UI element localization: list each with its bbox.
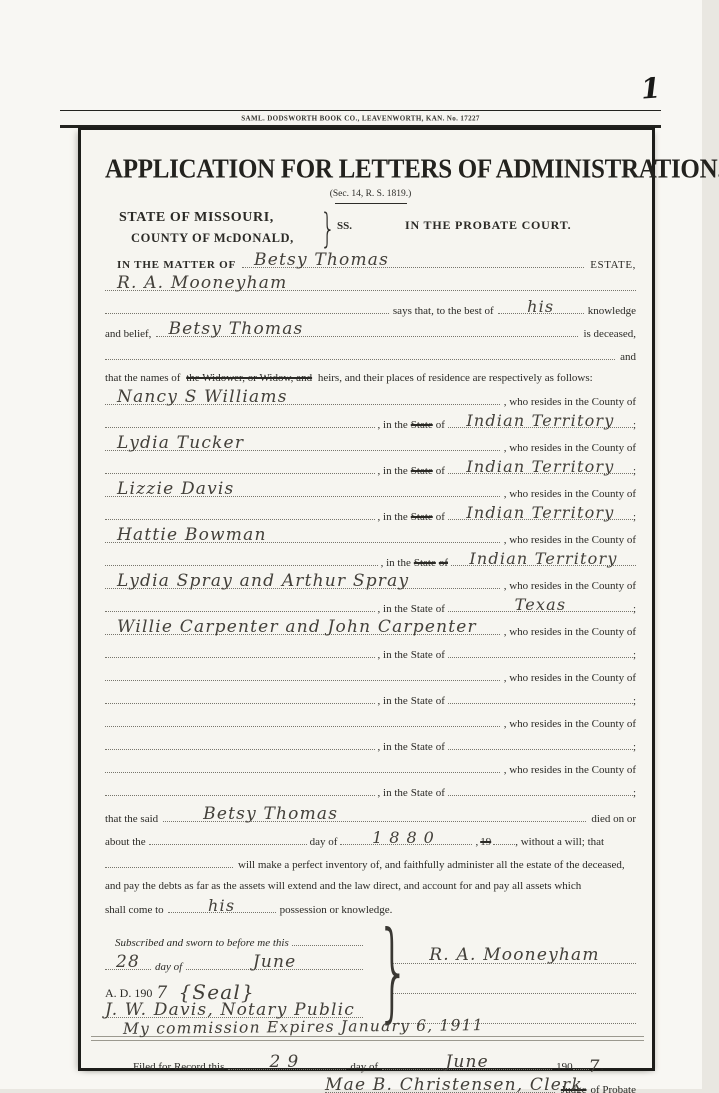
without-will-label: , without a will; that (515, 836, 604, 848)
heir-state-fill: Indian Territory (448, 412, 633, 428)
heir-name-handwriting: Willie Carpenter and John Carpenter (105, 617, 500, 637)
in-the-label: , in the (381, 557, 411, 569)
death-year-handwriting: 1880 (340, 828, 472, 847)
state-word: State (411, 419, 433, 431)
semicolon: ; (633, 787, 636, 799)
pronoun-handwriting: his (498, 297, 584, 316)
semicolon: ; (633, 649, 636, 661)
deceased-label: is deceased, (583, 328, 636, 340)
heir-row-state: , in the State of ; (105, 642, 636, 665)
of-word: of (439, 557, 448, 569)
applicant-signature-handwriting: R. A. Mooneyham (393, 945, 636, 965)
sworn-day-fill: 28 (105, 954, 151, 970)
semicolon: ; (633, 419, 636, 431)
in-the-label: , in the (378, 695, 408, 707)
heir-state-fill: Indian Territory (448, 458, 633, 474)
applicant-line: R. A. Mooneyham (105, 275, 636, 298)
heir-state-fill: Indian Territory (448, 504, 633, 520)
heir-name-handwriting: Lydia Spray and Arthur Spray (105, 571, 500, 591)
heir-row-name: Lizzie Davis , who resides in the County… (105, 481, 636, 504)
dotted-blank (105, 596, 375, 612)
heir-state-handwriting: Texas (448, 595, 633, 614)
printer-imprint-text: SAML. DODSWORTH BOOK CO., LEAVENWORTH, K… (241, 114, 479, 122)
heir-state-handwriting: Indian Territory (451, 549, 636, 568)
of-word: of (436, 511, 445, 523)
heir-row-name: Lydia Spray and Arthur Spray , who resid… (105, 573, 636, 596)
decedent-name-fill: Betsy Thomas (163, 806, 586, 822)
names-intro-line: that the names of the Widower, or Widow,… (105, 367, 636, 389)
of-probate-label: of Probate (590, 1084, 636, 1093)
sworn-date-line: 28 day of June (105, 954, 363, 978)
state-word: State (411, 649, 433, 661)
heir-row-name: , who resides in the County of (105, 711, 636, 734)
said-label: that the said (105, 813, 158, 825)
of-word: of (436, 603, 445, 615)
form-frame: APPLICATION FOR LETTERS OF ADMINISTRATIO… (78, 127, 655, 1071)
heir-name-fill (105, 711, 500, 727)
comma: , (475, 836, 478, 848)
dotted-blank (105, 550, 378, 566)
dotted-blank (105, 504, 375, 520)
estate-label: ESTATE, (590, 259, 636, 271)
resides-label: , who resides in the County of (504, 626, 636, 638)
deceased-name-handwriting: Betsy Thomas (156, 319, 578, 339)
ss-label: SS. (337, 220, 352, 232)
in-the-label: , in the (378, 649, 408, 661)
heir-name-fill: Hattie Bowman (105, 527, 500, 543)
notary-block: Subscribed and sworn to before me this 2… (105, 930, 636, 1026)
in-the-label: , in the (378, 603, 408, 615)
heir-row-state: , in the State of Indian Territory ; (105, 504, 636, 527)
semicolon: ; (633, 741, 636, 753)
in-the-label: , in the (378, 787, 408, 799)
names-intro-suffix: heirs, and their places of residence are… (318, 372, 593, 384)
heir-state-handwriting: Indian Territory (448, 411, 633, 430)
semicolon: ; (633, 695, 636, 707)
state-word: State (414, 557, 436, 569)
applicant-handwriting: R. A. Mooneyham (105, 273, 636, 293)
estate-name-fill: Betsy Thomas (242, 252, 584, 268)
heir-name-fill: Nancy S Williams (105, 389, 500, 405)
state-word: State (411, 511, 433, 523)
probate-court-label: IN THE PROBATE COURT. (405, 218, 571, 233)
heir-row-name: Nancy S Williams , who resides in the Co… (105, 389, 636, 412)
clerk-signature-handwriting: Mae B. Christensen, Clerk (325, 1075, 555, 1093)
heir-name-fill (105, 757, 500, 773)
filed-day-handwriting: 29 (228, 1052, 346, 1072)
state-word: State (411, 465, 433, 477)
belief-line: and belief, Betsy Thomas is deceased, (105, 321, 636, 344)
possession-pronoun-handwriting: his (168, 896, 276, 915)
resides-label: , who resides in the County of (504, 764, 636, 776)
names-intro-struck: the Widower, or Widow, and (186, 372, 312, 384)
inventory-line: will make a perfect inventory of, and fa… (105, 852, 636, 875)
resides-label: , who resides in the County of (504, 718, 636, 730)
filed-month-handwriting: June (382, 1052, 552, 1072)
decedent-name-handwriting: Betsy Thomas (163, 804, 586, 824)
heir-state-fill: Texas (448, 596, 633, 612)
knowledge-label: knowledge (588, 305, 636, 317)
death-year-fill: 1880 (340, 829, 472, 845)
dotted-blank (149, 829, 307, 845)
notary-brace-column: } (363, 930, 393, 1026)
deceased-name-fill: Betsy Thomas (156, 321, 578, 337)
heir-row-state: , in the State of ; (105, 780, 636, 803)
day-of-label: day of (350, 1061, 378, 1073)
filed-year-digit-handwriting: 7 (589, 1057, 601, 1077)
heir-row-state: , in the State of ; (105, 734, 636, 757)
resides-label: , who resides in the County of (504, 396, 636, 408)
filed-month-fill: June (382, 1054, 552, 1070)
sworn-day-handwriting: 28 (105, 952, 151, 972)
dotted-blank (105, 344, 615, 360)
commission-section: My commission Expires January 6, 1911 (105, 1028, 636, 1044)
died-label: died on or (591, 813, 636, 825)
names-intro-prefix: that the names of (105, 372, 180, 384)
day-of-label: day of (155, 961, 182, 973)
heir-row-name: , who resides in the County of (105, 665, 636, 688)
says-label: says that, to the best of (393, 305, 494, 317)
ad-seal-line: A. D. 190 7 {Seal} (105, 978, 363, 1002)
state-word: State (411, 787, 433, 799)
matter-of-label: IN THE MATTER OF (117, 259, 236, 271)
heir-row-state: , in the State of ; (105, 688, 636, 711)
notary-left-column: Subscribed and sworn to before me this 2… (105, 930, 363, 1026)
heir-name-fill: Lydia Spray and Arthur Spray (105, 573, 500, 589)
in-the-label: , in the (378, 419, 408, 431)
heir-name-fill: Willie Carpenter and John Carpenter (105, 619, 500, 635)
notary-right-column: R. A. Mooneyham (393, 930, 636, 1026)
resides-label: , who resides in the County of (504, 534, 636, 546)
subtitle-rule (335, 203, 407, 204)
blank-signature-line (393, 964, 636, 994)
struck-19: 19 (480, 836, 491, 848)
death-date-line: about the day of 1880 , 19 , without a w… (105, 829, 636, 852)
heir-row-name: Hattie Bowman , who resides in the Count… (105, 527, 636, 550)
dotted-blank (105, 688, 375, 704)
resides-label: , who resides in the County of (504, 442, 636, 454)
belief-label: and belief, (105, 328, 151, 340)
dotted-blank (105, 298, 389, 314)
resides-label: , who resides in the County of (504, 672, 636, 684)
sworn-month-handwriting: June (186, 952, 363, 972)
semicolon: ; (633, 465, 636, 477)
heir-row-name: Lydia Tucker , who resides in the County… (105, 435, 636, 458)
filed-year-label: 190 (556, 1061, 573, 1073)
in-the-label: , in the (378, 741, 408, 753)
of-word: of (436, 465, 445, 477)
state-word: State (411, 695, 433, 707)
heir-state-fill (448, 780, 633, 796)
commission-handwriting: My commission Expires January 6, 1911 (123, 1016, 484, 1038)
period: . (601, 1061, 604, 1073)
heir-row-state: , in the State of Texas ; (105, 596, 636, 619)
estate-name-handwriting: Betsy Thomas (242, 250, 584, 270)
heir-state-fill (448, 642, 633, 658)
heir-name-handwriting: Lydia Tucker (105, 433, 500, 453)
dotted-blank (105, 642, 375, 658)
applicant-name-fill: R. A. Mooneyham (105, 275, 636, 291)
come-to-label: shall come to (105, 904, 164, 916)
heir-name-handwriting: Lizzie Davis (105, 479, 500, 499)
heir-state-fill: Indian Territory (451, 550, 636, 566)
ss-brace: } (320, 206, 335, 252)
dotted-blank (105, 780, 375, 796)
of-word: of (436, 787, 445, 799)
page-number: 1 (639, 71, 661, 105)
heir-state-fill (448, 734, 633, 750)
semicolon: ; (633, 603, 636, 615)
venue-header: STATE OF MISSOURI, COUNTY OF McDONALD, }… (105, 208, 636, 252)
debts-line: and pay the debts as far as the assets w… (105, 875, 636, 897)
heir-state-fill (448, 688, 633, 704)
heir-state-handwriting: Indian Territory (448, 503, 633, 522)
of-word: of (436, 695, 445, 707)
heir-name-fill: Lydia Tucker (105, 435, 500, 451)
in-the-label: , in the (378, 511, 408, 523)
heir-name-fill: Lizzie Davis (105, 481, 500, 497)
died-line: that the said Betsy Thomas died on or (105, 806, 636, 829)
in-the-label: , in the (378, 465, 408, 477)
pronoun-fill: his (498, 298, 584, 314)
dotted-blank (292, 930, 363, 946)
state-line: STATE OF MISSOURI, (119, 210, 274, 226)
filed-label: Filed for Record this (133, 1061, 224, 1073)
of-word: of (436, 741, 445, 753)
heir-row-name: , who resides in the County of (105, 757, 636, 780)
inventory-text: will make a perfect inventory of, and fa… (238, 859, 625, 871)
possession-line: shall come to his possession or knowledg… (105, 897, 636, 920)
subscribed-label: Subscribed and sworn to before me this (115, 937, 289, 949)
says-line: says that, to the best of his knowledge (105, 298, 636, 321)
filed-line: Filed for Record this 29 day of June 190… (105, 1054, 636, 1077)
heir-name-handwriting: Hattie Bowman (105, 525, 500, 545)
clerk-line: Mae B. Christensen, Clerk Judge of Proba… (105, 1077, 636, 1093)
day-of-label: day of (310, 836, 338, 848)
resides-label: , who resides in the County of (504, 488, 636, 500)
heir-row-state: , in the State of Indian Territory ; (105, 412, 636, 435)
applicant-signature-line: R. A. Mooneyham (393, 934, 636, 964)
heir-name-handwriting: Nancy S Williams (105, 387, 500, 407)
clerk-signature-fill: Mae B. Christensen, Clerk (325, 1077, 555, 1093)
dotted-blank (493, 829, 515, 845)
resides-label: , who resides in the County of (504, 580, 636, 592)
filed-day-fill: 29 (228, 1054, 346, 1070)
state-word: State (411, 603, 433, 615)
heir-row-state: , in the State of Indian Territory (105, 550, 636, 573)
possession-pronoun-fill: his (168, 897, 276, 913)
dotted-blank (105, 852, 233, 868)
notary-name-fill: J. W. Davis, Notary Public (105, 1002, 363, 1018)
printer-imprint-banner: SAML. DODSWORTH BOOK CO., LEAVENWORTH, K… (60, 110, 661, 128)
state-word: State (411, 741, 433, 753)
ad-label: A. D. 190 (105, 986, 152, 1001)
and-label: and (620, 351, 636, 363)
semicolon: ; (633, 511, 636, 523)
matter-line: IN THE MATTER OF Betsy Thomas ESTATE, (105, 252, 636, 275)
dotted-blank (573, 1054, 589, 1070)
dotted-blank (105, 412, 375, 428)
of-word: of (436, 419, 445, 431)
heir-row-state: , in the State of Indian Territory ; (105, 458, 636, 481)
heir-name-fill (105, 665, 500, 681)
heir-row-name: Willie Carpenter and John Carpenter , wh… (105, 619, 636, 642)
subscribed-line: Subscribed and sworn to before me this (105, 930, 363, 954)
county-line: COUNTY OF McDONALD, (131, 231, 294, 246)
form-subtitle: (Sec. 14, R. S. 1819.) (105, 189, 636, 199)
of-word: of (436, 649, 445, 661)
scanned-page: 1 SAML. DODSWORTH BOOK CO., LEAVENWORTH,… (0, 0, 702, 1089)
dotted-blank (105, 458, 375, 474)
about-label: about the (105, 836, 146, 848)
sworn-month-fill: June (186, 954, 363, 970)
dotted-blank (105, 734, 375, 750)
form-title: APPLICATION FOR LETTERS OF ADMINISTRATIO… (105, 155, 636, 185)
heir-state-handwriting: Indian Territory (448, 457, 633, 476)
and-line: and (105, 344, 636, 367)
